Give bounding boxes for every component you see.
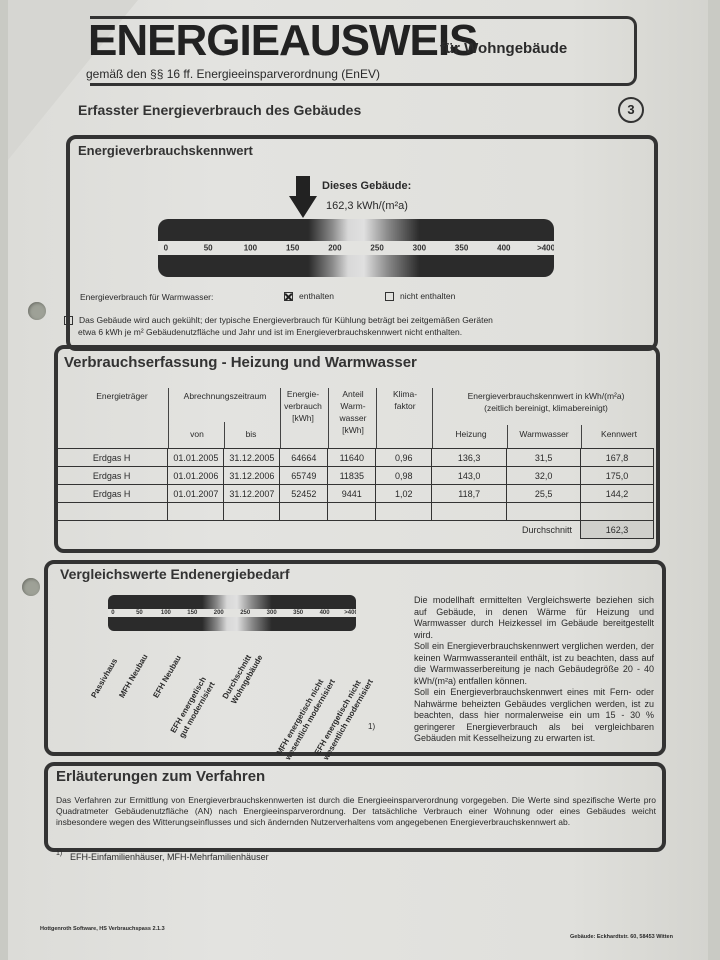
punch-hole	[22, 578, 40, 596]
checkbox-included[interactable]	[284, 292, 293, 301]
col-header-zeitraum: Abrechnungszeitraum	[170, 390, 280, 402]
table-cell: 31,5	[507, 449, 581, 467]
col-header-von: von	[172, 428, 222, 440]
table-cell	[224, 503, 280, 521]
scale-tick: 300	[413, 243, 426, 252]
comparison-scale-bar: 050100150200250300350400>400	[108, 595, 356, 631]
table-cell: 01.01.2005	[168, 449, 224, 467]
table-row: Erdgas H01.01.200631.12.200665749118350,…	[56, 467, 654, 485]
table-cell: Erdgas H	[56, 449, 168, 467]
vergleich-footnote-mark: 1)	[368, 722, 375, 731]
col-header-traeger: Energieträger	[82, 390, 162, 402]
footnote-mark: 1)	[56, 850, 62, 857]
verbrauch-table: Erdgas H01.01.200531.12.200564664116400,…	[56, 448, 654, 539]
average-label: Durchschnitt	[56, 521, 581, 539]
footer-building: Gebäude: Eckhardtstr. 60, 58453 Witten	[570, 934, 673, 940]
kennwert-title: Energieverbrauchskennwert	[78, 143, 253, 158]
col-header-kennwert: Kennwert	[584, 428, 654, 440]
punch-hole	[28, 302, 46, 320]
option-included[interactable]: enthalten	[284, 291, 334, 301]
col-header-kennwert-group: Energieverbrauchskennwert in kWh/(m²a) (…	[436, 390, 656, 414]
scale-tick: 150	[286, 243, 299, 252]
table-cell	[581, 503, 654, 521]
table-cell: 0,98	[376, 467, 432, 485]
scale-tick: 400	[320, 610, 330, 616]
scale-tick: 300	[267, 610, 277, 616]
document-title: ENERGIEAUSWEIS	[88, 16, 477, 66]
col-header-klima: Klima- faktor	[382, 388, 428, 412]
col-header-anteil: Anteil Warm- wasser [kWh]	[330, 388, 376, 436]
table-cell: 01.01.2007	[168, 485, 224, 503]
table-cell: 65749	[280, 467, 328, 485]
scale-tick: 100	[161, 610, 171, 616]
table-cell	[376, 503, 432, 521]
document-title-suffix: für Wohngebäude	[440, 40, 567, 57]
scale-tick: 150	[187, 610, 197, 616]
checkbox-excluded[interactable]	[385, 292, 394, 301]
table-cell: 31.12.2007	[224, 485, 280, 503]
warmwater-label: Energieverbrauch für Warmwasser:	[80, 292, 213, 302]
average-value: 162,3	[581, 521, 654, 539]
vergleich-title: Vergleichswerte Endenergiebedarf	[60, 566, 290, 582]
building-value-line: 162,3 kWh/(m²a)	[326, 200, 408, 212]
table-cell: 118,7	[432, 485, 507, 503]
table-cell: 31.12.2005	[224, 449, 280, 467]
building-unit: kWh/(m²a)	[357, 200, 408, 212]
scale-tick: 400	[497, 243, 510, 252]
building-value: 162,3	[326, 200, 354, 212]
scale-tick: 250	[370, 243, 383, 252]
scale-tick: >400	[344, 610, 356, 616]
table-cell: 31.12.2006	[224, 467, 280, 485]
table-cell: Erdgas H	[56, 485, 168, 503]
option-excluded[interactable]: nicht enthalten	[385, 291, 455, 301]
scale-tick: 200	[214, 610, 224, 616]
col-header-bis: bis	[226, 428, 276, 440]
table-cell: 144,2	[581, 485, 654, 503]
footer-software: Hottgenroth Software, HS Verbrauchspass …	[40, 926, 165, 932]
cooling-note: Das Gebäude wird auch gekühlt; der typis…	[64, 314, 493, 338]
table-cell: 9441	[328, 485, 376, 503]
table-cell	[507, 503, 581, 521]
table-cell: 175,0	[581, 467, 654, 485]
energy-scale-bar: 050100150200250300350400>400	[158, 219, 554, 277]
table-row: Erdgas H01.01.200531.12.200564664116400,…	[56, 449, 654, 467]
vergleich-explanation: Die modellhaft ermittelten Vergleichswer…	[414, 595, 654, 745]
table-cell: Erdgas H	[56, 467, 168, 485]
table-cell: 143,0	[432, 467, 507, 485]
table-cell: 0,96	[376, 449, 432, 467]
table-cell: 1,02	[376, 485, 432, 503]
scale-tick: 0	[111, 610, 114, 616]
scale-tick: 350	[455, 243, 468, 252]
table-cell	[432, 503, 507, 521]
footnote-text: EFH-Einfamilienhäuser, MFH-Mehrfamilienh…	[70, 852, 269, 862]
scale-tick: 250	[240, 610, 250, 616]
table-cell: 32,0	[507, 467, 581, 485]
table-cell: 11640	[328, 449, 376, 467]
marker-arrow-shaft	[296, 176, 310, 196]
table-cell: 64664	[280, 449, 328, 467]
document-subtitle: gemäß den §§ 16 ff. Energieeinsparverord…	[86, 67, 380, 81]
scale-tick: 50	[204, 243, 213, 252]
col-header-warmwasser: Warmwasser	[508, 428, 580, 440]
table-cell: 11835	[328, 467, 376, 485]
table-cell	[168, 503, 224, 521]
scale-tick: 50	[136, 610, 143, 616]
table-row: Erdgas H01.01.200731.12.20075245294411,0…	[56, 485, 654, 503]
checkbox-cooling[interactable]	[64, 316, 73, 325]
table-cell: 167,8	[581, 449, 654, 467]
scale-tick: 0	[164, 243, 168, 252]
table-row	[56, 503, 654, 521]
section-heading: Erfasster Energieverbrauch des Gebäudes	[78, 102, 361, 118]
table-cell: 01.01.2006	[168, 467, 224, 485]
table-cell	[56, 503, 168, 521]
scale-tick: 100	[244, 243, 257, 252]
scale-tick: >400	[537, 243, 554, 252]
scale-tick: 200	[328, 243, 341, 252]
building-label: Dieses Gebäude:	[322, 180, 411, 192]
table-cell	[328, 503, 376, 521]
marker-arrow-icon	[289, 196, 317, 218]
page-number: 3	[618, 97, 644, 123]
erlaeuterung-text: Das Verfahren zur Ermittlung von Energie…	[56, 795, 656, 828]
scale-tick: 350	[293, 610, 303, 616]
table-cell	[280, 503, 328, 521]
col-header-heizung: Heizung	[436, 428, 506, 440]
table-cell: 25,5	[507, 485, 581, 503]
table-cell: 52452	[280, 485, 328, 503]
col-header-verbrauch: Energie- verbrauch [kWh]	[280, 388, 326, 424]
erlaeuterung-title: Erläuterungen zum Verfahren	[56, 768, 265, 785]
table-cell: 136,3	[432, 449, 507, 467]
verbrauch-title: Verbrauchserfassung - Heizung und Warmwa…	[64, 354, 417, 371]
